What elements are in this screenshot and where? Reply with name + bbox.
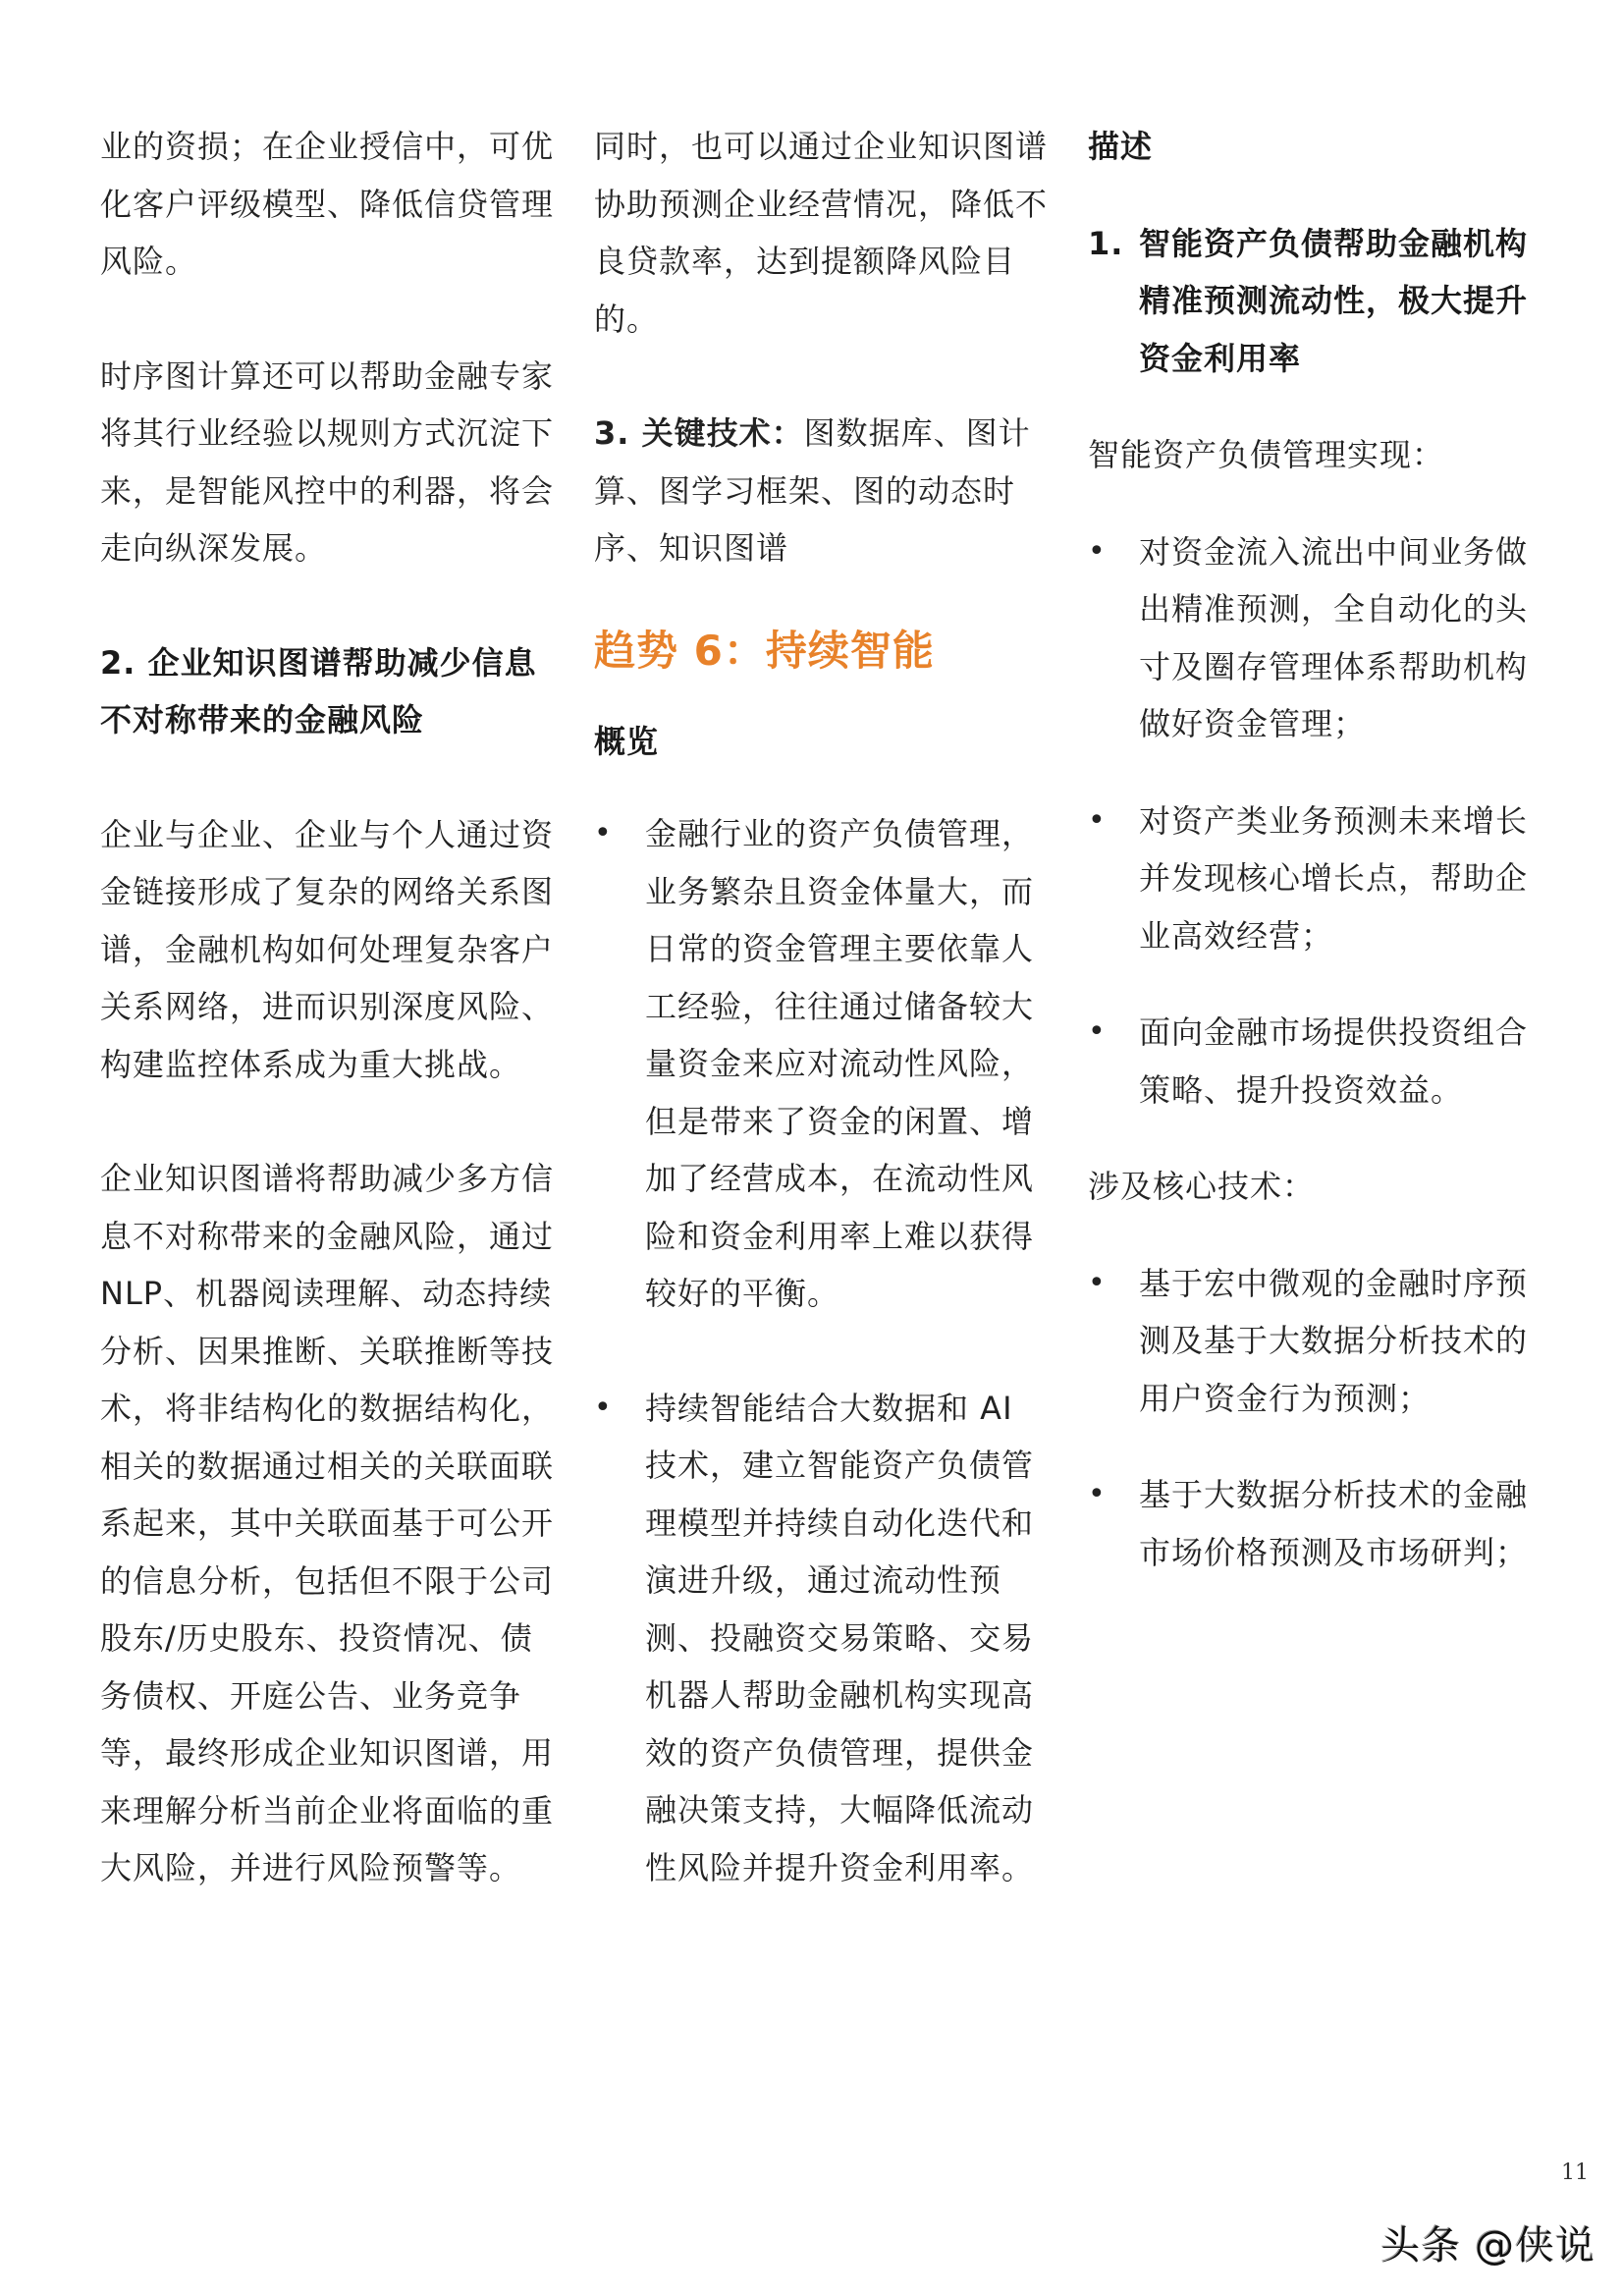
numbered-heading: 1. 智能资产负债帮助金融机构精准预测流动性，极大提升资金利用率 (1088, 215, 1549, 388)
list-item: • 持续智能结合大数据和 AI 技术，建立智能资产负债管理模型并持续自动化迭代和… (594, 1380, 1055, 1897)
key-tech-paragraph: 3. 关键技术：图数据库、图计算、图学习框架、图的动态时序、知识图谱 (594, 405, 1055, 577)
section-heading: 2. 企业知识图谱帮助减少信息不对称带来的金融风险 (100, 634, 562, 749)
bullet-icon: • (1088, 1466, 1106, 1524)
column-left: 业的资损；在企业授信中，可优化客户评级模型、降低信贷管理风险。 时序图计算还可以… (100, 118, 562, 1897)
paragraph: 业的资损；在企业授信中，可优化客户评级模型、降低信贷管理风险。 (100, 118, 562, 291)
list-item: • 金融行业的资产负债管理，业务繁杂且资金体量大，而日常的资金管理主要依靠人工经… (594, 805, 1055, 1323)
paragraph: 同时，也可以通过企业知识图谱协助预测企业经营情况，降低不良贷款率，达到提额降风险… (594, 118, 1055, 348)
paragraph: 企业知识图谱将帮助减少多方信息不对称带来的金融风险，通过 NLP、机器阅读理解、… (100, 1150, 562, 1897)
bullet-icon: • (594, 805, 612, 863)
bullet-icon: • (1088, 1004, 1106, 1062)
list-item-text: 基于大数据分析技术的金融市场价格预测及市场研判； (1139, 1466, 1549, 1581)
bullet-icon: • (1088, 793, 1106, 850)
trend-title: 趋势 6：持续智能 (594, 617, 1055, 685)
paragraph: 企业与企业、企业与个人通过资金链接形成了复杂的网络关系图谱，金融机构如何处理复杂… (100, 806, 562, 1094)
key-tech-label: 3. 关键技术： (594, 414, 804, 452)
list-item: • 面向金融市场提供投资组合策略、提升投资效益。 (1088, 1004, 1549, 1119)
heading-text: 智能资产负债帮助金融机构精准预测流动性，极大提升资金利用率 (1139, 215, 1549, 388)
page-number: 11 (1561, 2160, 1589, 2185)
list-item-text: 对资产类业务预测未来增长并发现核心增长点，帮助企业高效经营； (1139, 793, 1549, 965)
list-item-text: 金融行业的资产负债管理，业务繁杂且资金体量大，而日常的资金管理主要依靠人工经验，… (645, 805, 1055, 1323)
watermark: 头条 @侠说 (1380, 2214, 1596, 2270)
bullet-icon: • (1088, 1255, 1106, 1313)
list-item: • 基于宏中微观的金融时序预测及基于大数据分析技术的用户资金行为预测； (1088, 1255, 1549, 1428)
description-label: 描述 (1088, 118, 1549, 176)
bullet-icon: • (594, 1380, 612, 1438)
tech-label: 涉及核心技术： (1088, 1158, 1549, 1216)
list-item: • 对资产类业务预测未来增长并发现核心增长点，帮助企业高效经营； (1088, 793, 1549, 965)
list-item-text: 面向金融市场提供投资组合策略、提升投资效益。 (1139, 1004, 1549, 1119)
impl-label: 智能资产负债管理实现： (1088, 426, 1549, 484)
list-item-text: 持续智能结合大数据和 AI 技术，建立智能资产负债管理模型并持续自动化迭代和演进… (645, 1380, 1055, 1897)
list-item-text: 对资金流入流出中间业务做出精准预测，全自动化的头寸及圈存管理体系帮助机构做好资金… (1139, 523, 1549, 753)
list-item: • 基于大数据分析技术的金融市场价格预测及市场研判； (1088, 1466, 1549, 1581)
bullet-icon: • (1088, 523, 1106, 581)
overview-label: 概览 (594, 713, 1055, 771)
column-right: 描述 1. 智能资产负债帮助金融机构精准预测流动性，极大提升资金利用率 智能资产… (1088, 118, 1549, 1581)
column-middle: 同时，也可以通过企业知识图谱协助预测企业经营情况，降低不良贷款率，达到提额降风险… (594, 118, 1055, 1896)
list-item-text: 基于宏中微观的金融时序预测及基于大数据分析技术的用户资金行为预测； (1139, 1255, 1549, 1428)
heading-number: 1. (1088, 215, 1123, 273)
list-item: • 对资金流入流出中间业务做出精准预测，全自动化的头寸及圈存管理体系帮助机构做好… (1088, 523, 1549, 753)
paragraph: 时序图计算还可以帮助金融专家将其行业经验以规则方式沉淀下来，是智能风控中的利器，… (100, 348, 562, 577)
